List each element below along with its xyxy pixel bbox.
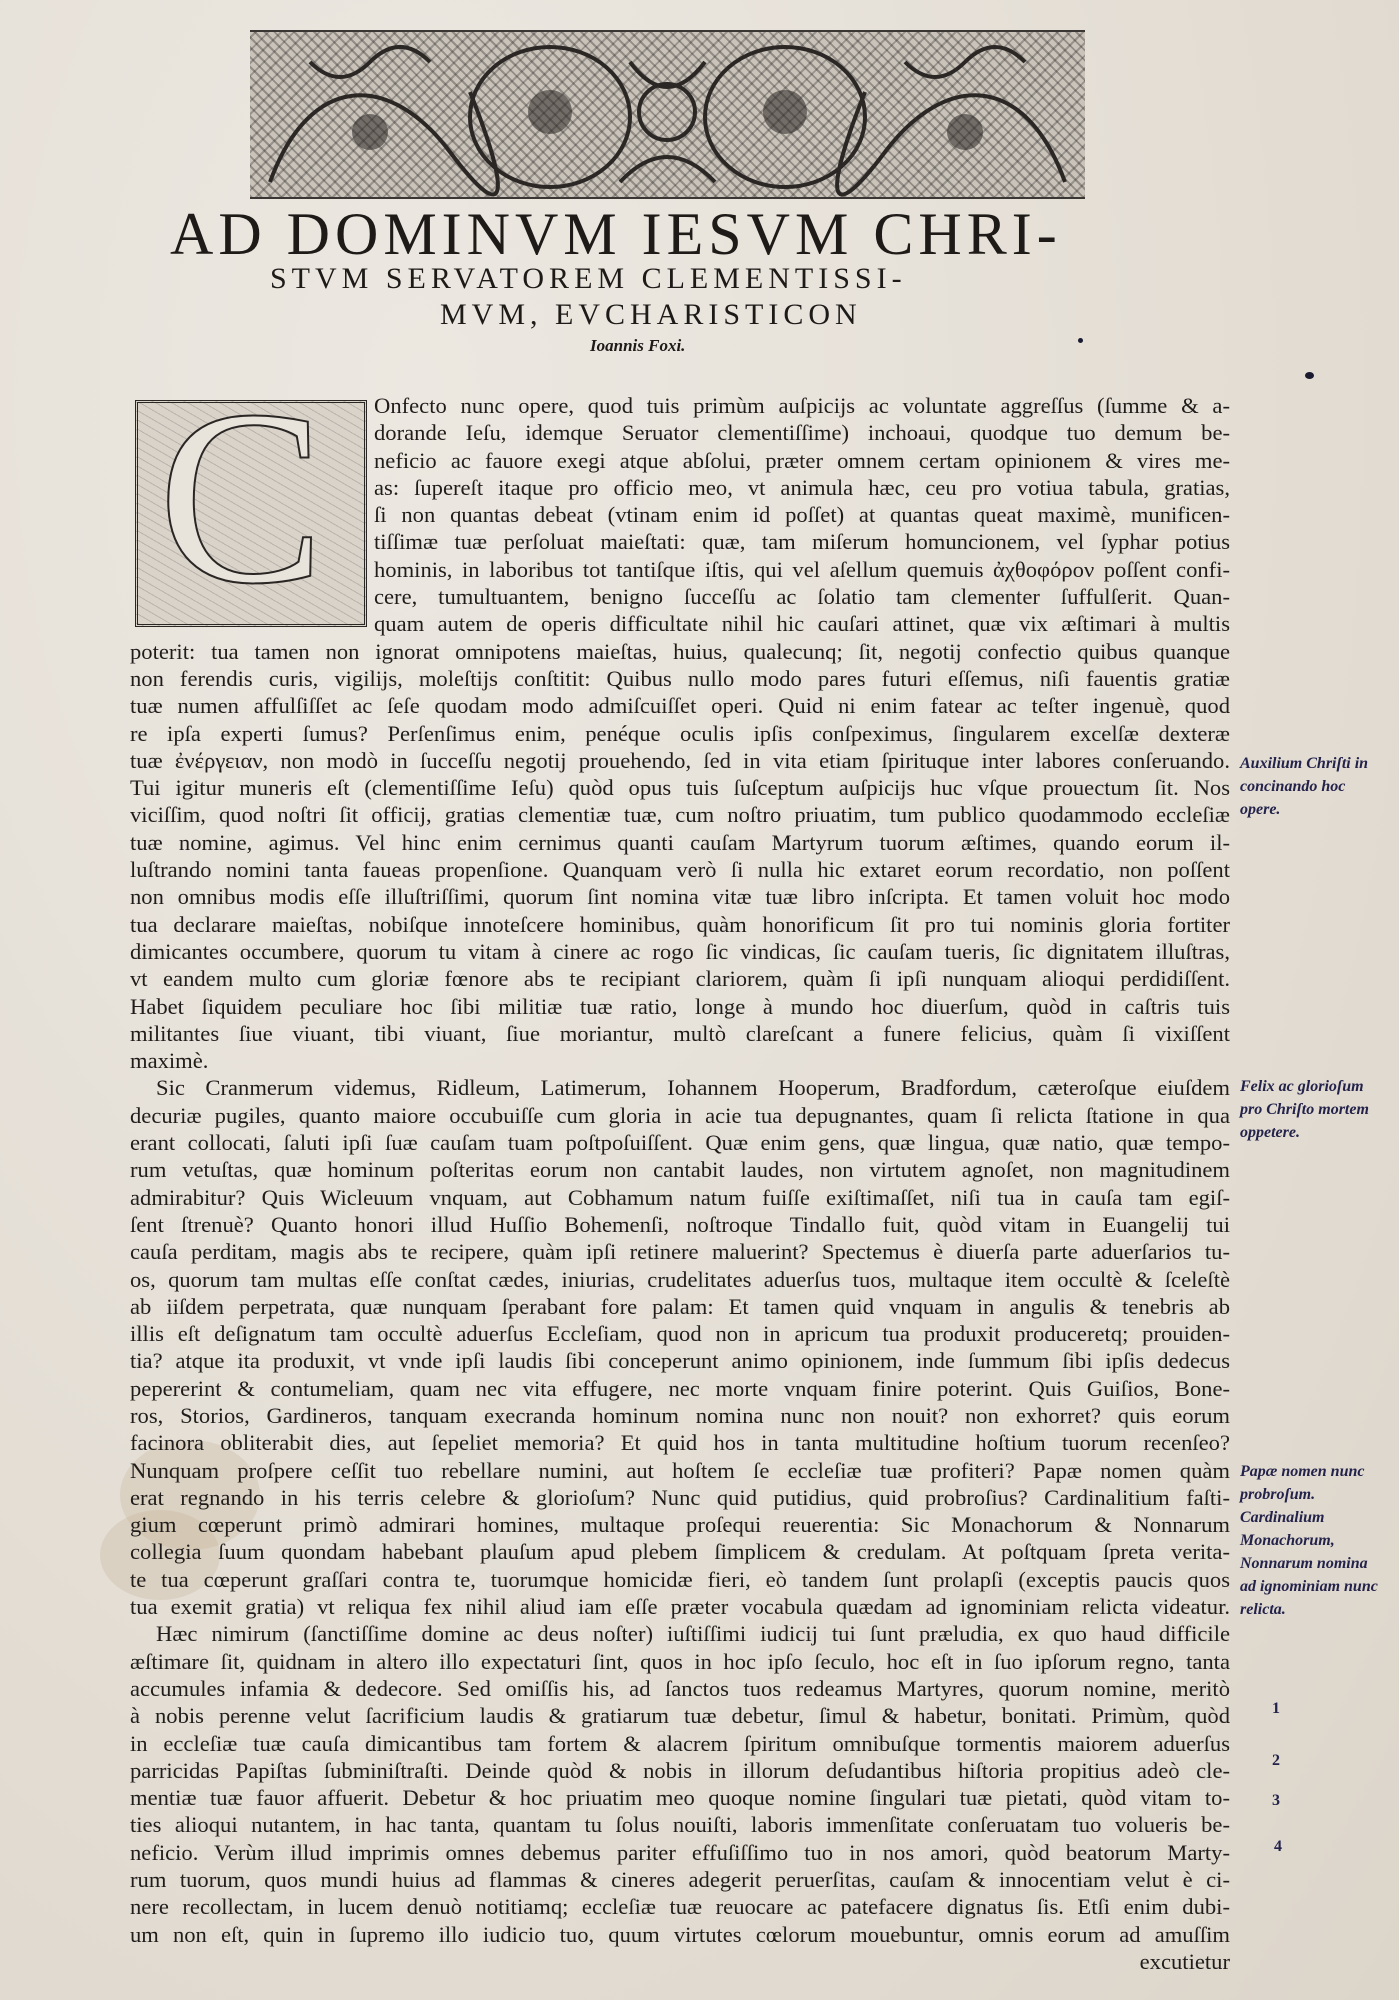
text-line: Tui igitur muneris eſt (clementiſſime Ie… [130, 774, 1230, 801]
text-line: tua declarare maieſtas, nobiſque innoteſ… [130, 911, 1230, 938]
text-line: ab iiſdem perpetrata, quæ nunquam ſperab… [130, 1293, 1230, 1320]
text-line: te tua cœperunt graſſari contra te, tuor… [130, 1566, 1230, 1593]
book-page: AD DOMINVM IESVM CHRI- STVM SERVATOREM C… [0, 0, 1399, 2000]
text-line: poterit: tua tamen non ignorat omnipoten… [130, 638, 1230, 665]
text-line: in eccleſiæ tuæ cauſa dimicantibus tam f… [130, 1730, 1230, 1757]
margin-number-3: 3 [1272, 1792, 1280, 1810]
text-line: nere recollectam, in lucem denuò notitia… [130, 1893, 1230, 1920]
margin-number-4: 4 [1274, 1838, 1282, 1856]
woodcut-headpiece-ornament [250, 30, 1085, 199]
catchword: excutietur [130, 1948, 1230, 1975]
text-line: collegia ſuum quondam habebant plauſum a… [130, 1538, 1230, 1565]
text-line: rum vetuſtas, quæ hominum poſteritas eor… [130, 1156, 1230, 1183]
text-line: æſtimare ſit, quidnam in altero illo exp… [130, 1648, 1230, 1675]
text-line: vt eandem multo cum gloriæ fœnore abs te… [130, 965, 1230, 992]
text-line: Sic Cranmerum videmus, Ridleum, Latimeru… [130, 1074, 1230, 1101]
text-line: viciſſim, quod noſtri ſit officij, grati… [130, 801, 1230, 828]
text-line: cere, tumultuantem, benigno ſucceſſu ac … [374, 583, 1230, 610]
margin-note-papae: Papæ nomen nunc probroſum. Cardinalium M… [1240, 1460, 1380, 1621]
text-line: rum tuorum, quos mundi huius ad flammas … [130, 1866, 1230, 1893]
text-line: decuriæ pugiles, quanto maiore occubuiſſ… [130, 1102, 1230, 1129]
text-line: Hæc nimirum (ſanctiſſime domine ac deus … [130, 1620, 1230, 1647]
margin-note-felix: Felix ac glorioſum pro Chriſto mortem op… [1240, 1075, 1380, 1144]
text-line: re ipſa experti ſumus? Perſenſimus enim,… [130, 720, 1230, 747]
text-line: tiſſimæ tuæ perſoluat maieſtati: quæ, ta… [374, 528, 1230, 555]
text-line: tia? atque ita produxit, vt vnde ipſi la… [130, 1347, 1230, 1374]
ink-speck [1305, 372, 1314, 379]
text-line: tuæ nomine, agimus. Vel hinc enim cernim… [130, 829, 1230, 856]
text-line: quam autem de operis difficultate nihil … [374, 610, 1230, 637]
text-line: accumules infamia & dedecore. Sed omiſſi… [130, 1675, 1230, 1702]
text-line: à nobis perenne velut ſacrificium laudis… [130, 1702, 1230, 1729]
text-line: maximè. [130, 1047, 1230, 1074]
margin-note-auxilium: Auxilium Chriſti in concinando hoc opere… [1240, 752, 1380, 821]
title-line-2: STVM SERVATOREM CLEMENTISSI- [270, 262, 1170, 296]
text-line: tuæ numen affulſiſſet ac ſeſe quodam mod… [130, 692, 1230, 719]
title-line-1: AD DOMINVM IESVM CHRI- [170, 200, 1170, 269]
text-line: erant collocati, ſaluti ipſi ſuæ cauſam … [130, 1129, 1230, 1156]
body-text: Onfecto nunc opere, quod tuis primùm auſ… [130, 392, 1230, 1975]
text-line: facinora obliterabit dies, aut ſepeliet … [130, 1429, 1230, 1456]
text-line: ties alioqui nutantem, in hac tanta, qua… [130, 1811, 1230, 1838]
text-line: os, quorum tam multas eſſe conſtat cædes… [130, 1266, 1230, 1293]
text-line: ros, Storios, Gardineros, tanquam execra… [130, 1402, 1230, 1429]
text-line: pepererint & contumeliam, quam nec vita … [130, 1375, 1230, 1402]
text-line: dimicantes occumbere, quorum tu vitam à … [130, 938, 1230, 965]
author-byline: Ioannis Foxi. [590, 336, 685, 356]
text-line: um non eſt, quin in ſupremo illo iudicio… [130, 1921, 1230, 1948]
text-line: dorande Ieſu, idemque Seruator clementiſ… [374, 419, 1230, 446]
text-line: gium cœperunt primò admirari homines, mu… [130, 1511, 1230, 1538]
text-line: Nunquam proſpere ceſſit tuo rebellare nu… [130, 1457, 1230, 1484]
text-line: luſtrando nomini tanta faueas propenſion… [130, 856, 1230, 883]
text-line: ſi non quantas debeat (vtinam enim id po… [374, 501, 1230, 528]
text-line: non omnibus modis eſſe illuſtriſſimi, qu… [130, 883, 1230, 910]
text-line: neficio. Verùm illud imprimis omnes debe… [130, 1839, 1230, 1866]
text-line: ſent ſtrenuè? Quanto honori illud Huſſio… [130, 1211, 1230, 1238]
text-line: Onfecto nunc opere, quod tuis primùm auſ… [374, 392, 1230, 419]
margin-number-2: 2 [1272, 1752, 1280, 1770]
text-line: illis eſt deſignatum tam occultè aduerſu… [130, 1320, 1230, 1347]
text-line: tuæ ἐνέργειαν, non modò in ſucceſſu nego… [130, 747, 1230, 774]
text-line: mentiæ tuæ fauor affuerit. Debetur & hoc… [130, 1784, 1230, 1811]
text-line: neficio ac fauore exegi atque abſolui, p… [374, 447, 1230, 474]
text-line: admirabitur? Quis Wicleuum vnquam, aut C… [130, 1184, 1230, 1211]
text-line: militantes ſiue viuant, tibi viuant, ſiu… [130, 1020, 1230, 1047]
text-line: tua exemit gratia) vt reliqua fex nihil … [130, 1593, 1230, 1620]
margin-number-1: 1 [1272, 1700, 1280, 1718]
text-line: cauſa perditam, magis abs te recipere, q… [130, 1238, 1230, 1265]
ornament-scrollwork-icon [250, 32, 1085, 197]
text-line: as: ſupereſt itaque pro officio meo, vt … [374, 474, 1230, 501]
text-line: parricidas Papiſtas ſubminiſtraſti. Dein… [130, 1757, 1230, 1784]
text-line: hominis, in laboribus tot tantiſque iſti… [374, 556, 1230, 583]
text-line: Habet ſiquidem peculiare hoc ſibi militi… [130, 993, 1230, 1020]
text-line: non ferendis curis, vigilijs, moleſtijs … [130, 665, 1230, 692]
title-line-3: MVM, EVCHARISTICON [440, 298, 862, 332]
ink-speck [1078, 338, 1083, 343]
text-line: erat regnando in his terris celebre & gl… [130, 1484, 1230, 1511]
